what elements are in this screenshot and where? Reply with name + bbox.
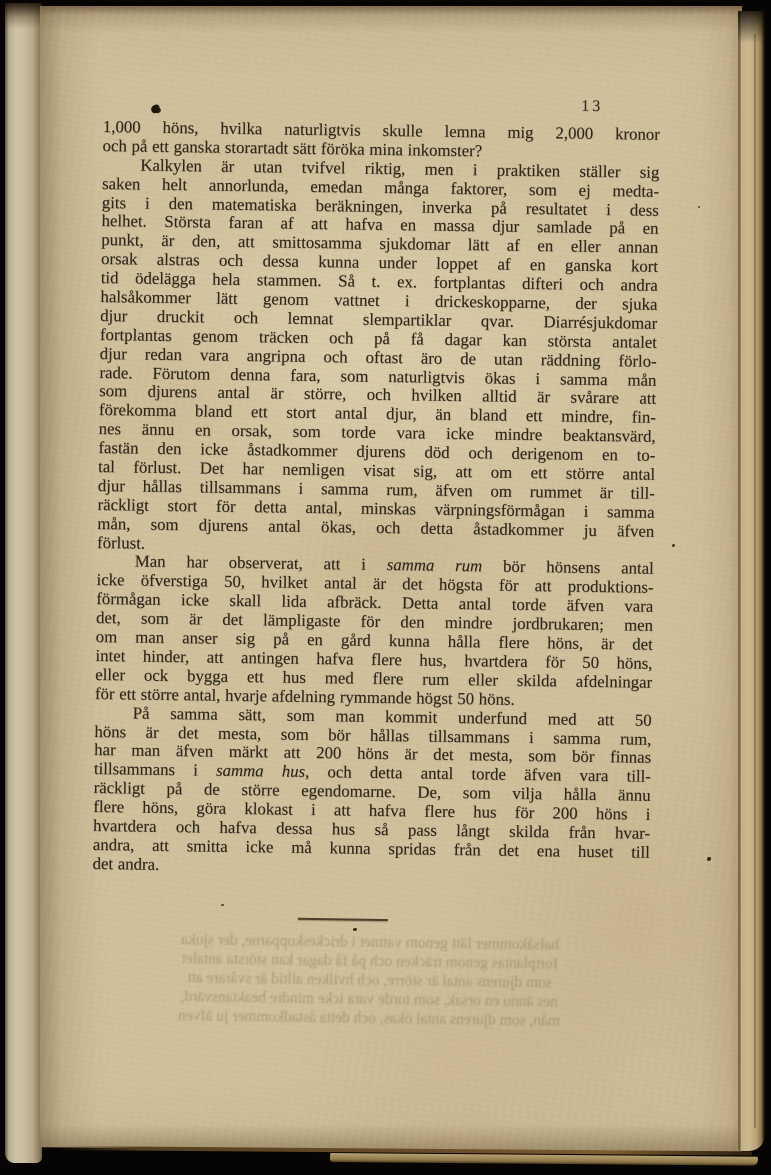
show-through: halsåkommer lätt genom vattnet i drickes…: [90, 929, 648, 1032]
text-segment: tillsammans i: [94, 760, 216, 780]
ink-speck: [707, 857, 711, 861]
ink-speck: [698, 206, 700, 208]
italic-phrase: samma hus: [216, 761, 305, 781]
book-fore-edge: [738, 11, 765, 1151]
text-segment: bör hönsens antal: [482, 557, 654, 578]
paragraph: Kalkylen är utan tvifvel riktig, men i p…: [97, 156, 659, 560]
text-segment: Man har observerat, att i: [135, 552, 387, 574]
page-paper: 13 1,000 höns, hvilka naturligtvis skull…: [40, 6, 742, 1154]
italic-phrase: samma rum: [387, 555, 483, 575]
ink-blot: [150, 103, 162, 114]
ink-speck: [672, 544, 675, 547]
paragraph: Man har observerat, att i samma rum bör …: [95, 552, 654, 711]
printed-text-block: 13 1,000 höns, hvilka naturligtvis skull…: [90, 118, 660, 1031]
section-divider-rule: [298, 917, 388, 920]
scanned-book-page: 13 1,000 höns, hvilka naturligtvis skull…: [0, 0, 771, 1175]
page-left-edge: [5, 3, 42, 1163]
page-number: 13: [581, 98, 603, 116]
paragraph: På samma sätt, som man kommit underfund …: [92, 704, 651, 882]
